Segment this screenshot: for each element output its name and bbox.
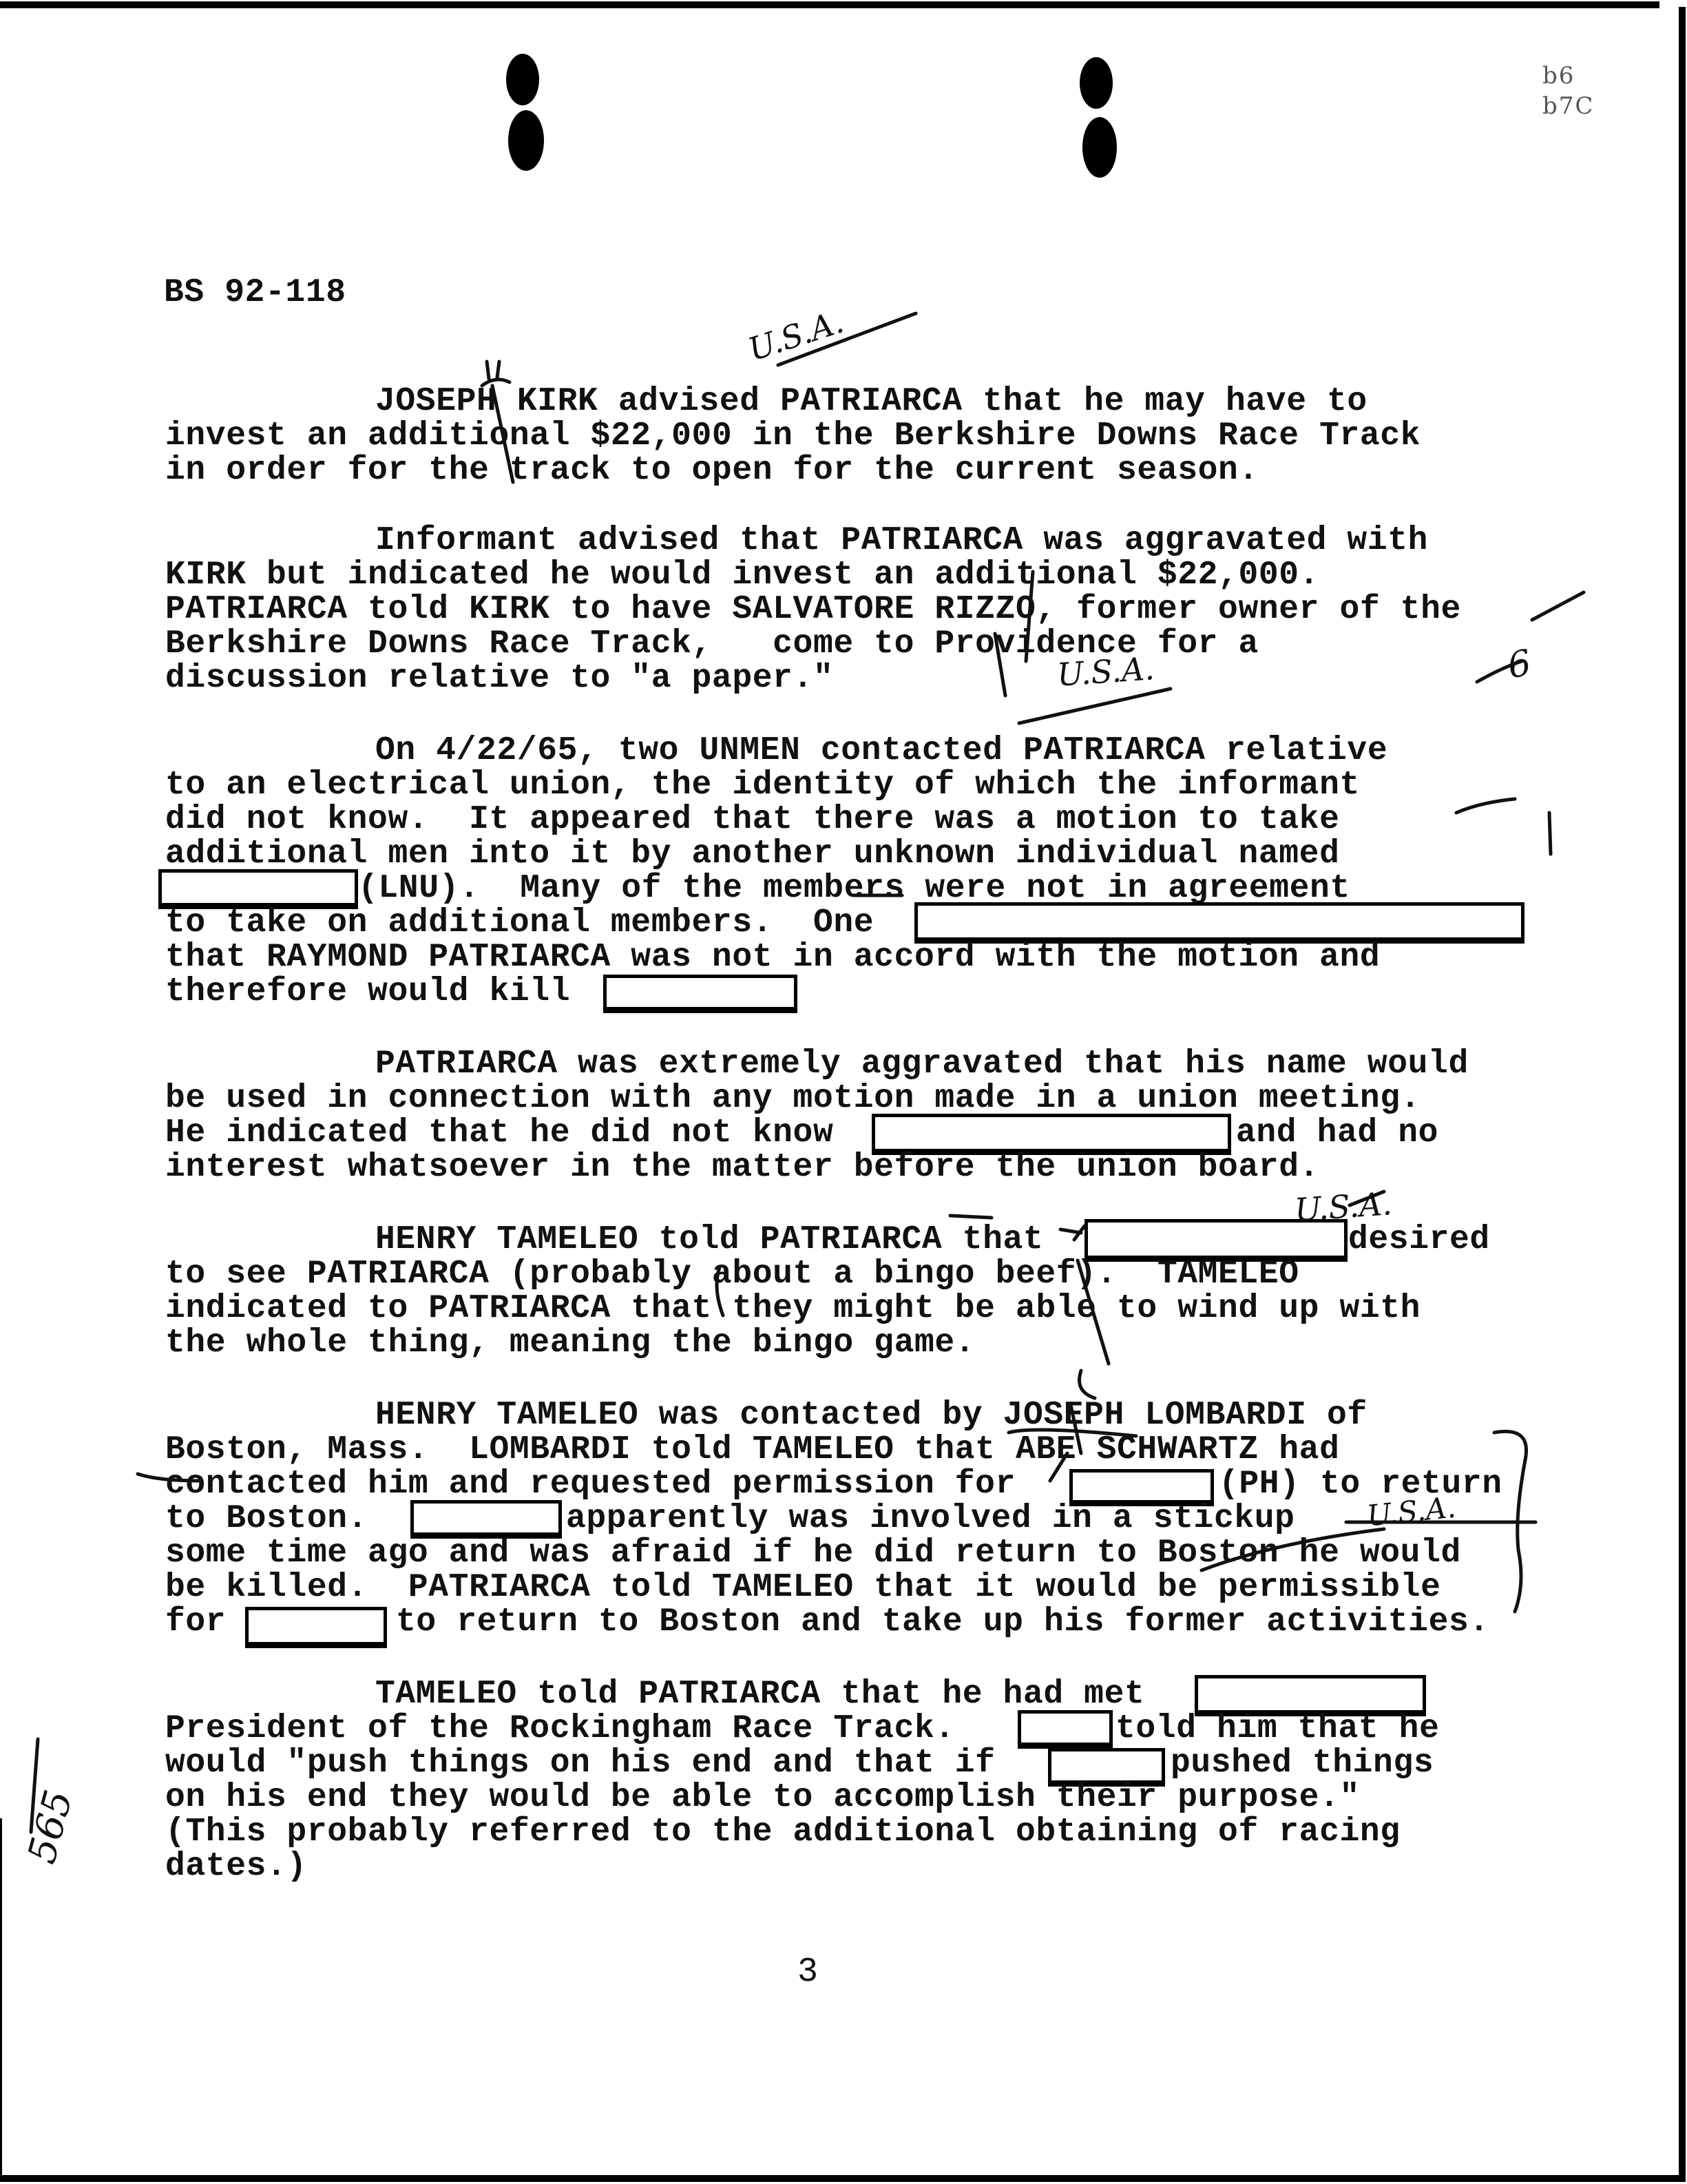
exemption-code: b7C xyxy=(1542,91,1594,121)
paragraph-7-line: (This probably referred to the additiona… xyxy=(165,1815,1401,1849)
paragraph-6-line: (PH) to return xyxy=(1219,1467,1502,1501)
punch-hole-right-top xyxy=(1080,57,1113,109)
paragraph-6-line: to return to Boston and take up his form… xyxy=(396,1605,1489,1639)
paragraph-3-line: additional men into it by another unknow… xyxy=(165,837,1339,871)
redaction-box xyxy=(245,1607,387,1648)
redaction-box xyxy=(1018,1710,1113,1749)
document-page: b6 b7C BS 92-118 JOSEPH KIRK advised PAT… xyxy=(0,0,1687,2184)
page-border-right xyxy=(1679,7,1686,2180)
file-number: BS 92-118 xyxy=(164,275,346,310)
paragraph-7-line: President of the Rockingham Race Track. xyxy=(165,1712,955,1746)
redaction-box xyxy=(158,869,358,909)
paragraph-2-line: discussion relative to "a paper." xyxy=(165,661,833,696)
handwritten-annotation: 6 xyxy=(1505,643,1534,687)
page-number: 3 xyxy=(797,1953,818,1992)
paragraph-2-line: KIRK but indicated he would invest an ad… xyxy=(165,558,1319,592)
punch-hole-left-bottom xyxy=(508,110,544,171)
paragraph-2-line: Informant advised that PATRIARCA was agg… xyxy=(375,523,1428,558)
paragraph-1-line: in order for the track to open for the c… xyxy=(165,453,1259,488)
paragraph-6-line: apparently was involved in a stickup xyxy=(566,1501,1295,1536)
paragraph-3-line: to an electrical union, the identity of … xyxy=(165,768,1360,802)
page-border-left xyxy=(0,1818,2,2176)
paragraph-3-line: to take on additional members. One xyxy=(165,906,874,940)
paragraph-6-line: to Boston. xyxy=(165,1501,368,1536)
paragraph-4-line: interest whatsoever in the matter before… xyxy=(165,1150,1319,1185)
handwritten-annotation: U.S.A. xyxy=(744,302,848,368)
paragraph-5-line: to see PATRIARCA (probably about a bingo… xyxy=(165,1257,1299,1291)
handwritten-annotation: 565 xyxy=(19,1785,81,1868)
punch-hole-left-top xyxy=(506,54,539,105)
paragraph-1-line: invest an additional $22,000 in the Berk… xyxy=(165,419,1421,453)
paragraph-4-line: and had no xyxy=(1236,1116,1438,1150)
foia-exemption-codes: b6 b7C xyxy=(1542,61,1594,121)
handwritten-annotation: U.S.A. xyxy=(1056,649,1155,694)
paragraph-2-line: PATRIARCA told KIRK to have SALVATORE RI… xyxy=(165,592,1461,627)
paragraph-5-line: the whole thing, meaning the bingo game. xyxy=(165,1326,975,1360)
paragraph-6-line: for xyxy=(165,1605,226,1639)
page-border-top xyxy=(0,1,1659,8)
paragraph-7-line: dates.) xyxy=(165,1849,307,1884)
paragraph-7-line: would "push things on his end and that i… xyxy=(165,1746,996,1780)
redaction-box xyxy=(914,902,1524,944)
paragraph-5-line: HENRY TAMELEO told PATRIARCA that xyxy=(375,1223,1043,1257)
paragraph-6-line: HENRY TAMELEO was contacted by JOSEPH LO… xyxy=(375,1398,1368,1433)
paragraph-6-line: contacted him and requested permission f… xyxy=(165,1467,1016,1501)
paragraph-3-line: that RAYMOND PATRIARCA was not in accord… xyxy=(165,940,1380,975)
paragraph-1-line: JOSEPH KIRK advised PATRIARCA that he ma… xyxy=(375,384,1368,419)
redaction-box xyxy=(603,975,797,1013)
paragraph-6-line: Boston, Mass. LOMBARDI told TAMELEO that… xyxy=(165,1433,1339,1467)
paragraph-5-line: indicated to PATRIARCA that they might b… xyxy=(165,1291,1421,1326)
punch-hole-right-bottom xyxy=(1082,117,1117,178)
page-border-bottom xyxy=(0,2175,1686,2182)
paragraph-4-line: He indicated that he did not know xyxy=(165,1116,833,1150)
paragraph-3-line: did not know. It appeared that there was… xyxy=(165,802,1339,837)
paragraph-6-line: be killed. PATRIARCA told TAMELEO that i… xyxy=(165,1570,1441,1605)
handwritten-annotation: U.S.A. xyxy=(1293,1185,1393,1229)
paragraph-3-line: therefore would kill xyxy=(165,975,570,1009)
paragraph-7-line: pushed things xyxy=(1171,1746,1434,1780)
redaction-box xyxy=(410,1500,562,1539)
paragraph-6-line: some time ago and was afraid if he did r… xyxy=(165,1536,1461,1570)
paragraph-7-line: TAMELEO told PATRIARCA that he had met xyxy=(375,1677,1144,1712)
paragraph-4-line: PATRIARCA was extremely aggravated that … xyxy=(375,1047,1469,1081)
exemption-code: b6 xyxy=(1542,61,1594,91)
paragraph-5-line: desired xyxy=(1348,1223,1490,1257)
paragraph-3-line: (LNU). Many of the members were not in a… xyxy=(358,871,1350,906)
paragraph-7-line: on his end they would be able to accompl… xyxy=(165,1780,1360,1815)
paragraph-4-line: be used in connection with any motion ma… xyxy=(165,1081,1421,1116)
paragraph-7-line: told him that he xyxy=(1115,1712,1439,1746)
paragraph-3-line: On 4/22/65, two UNMEN contacted PATRIARC… xyxy=(375,734,1387,768)
